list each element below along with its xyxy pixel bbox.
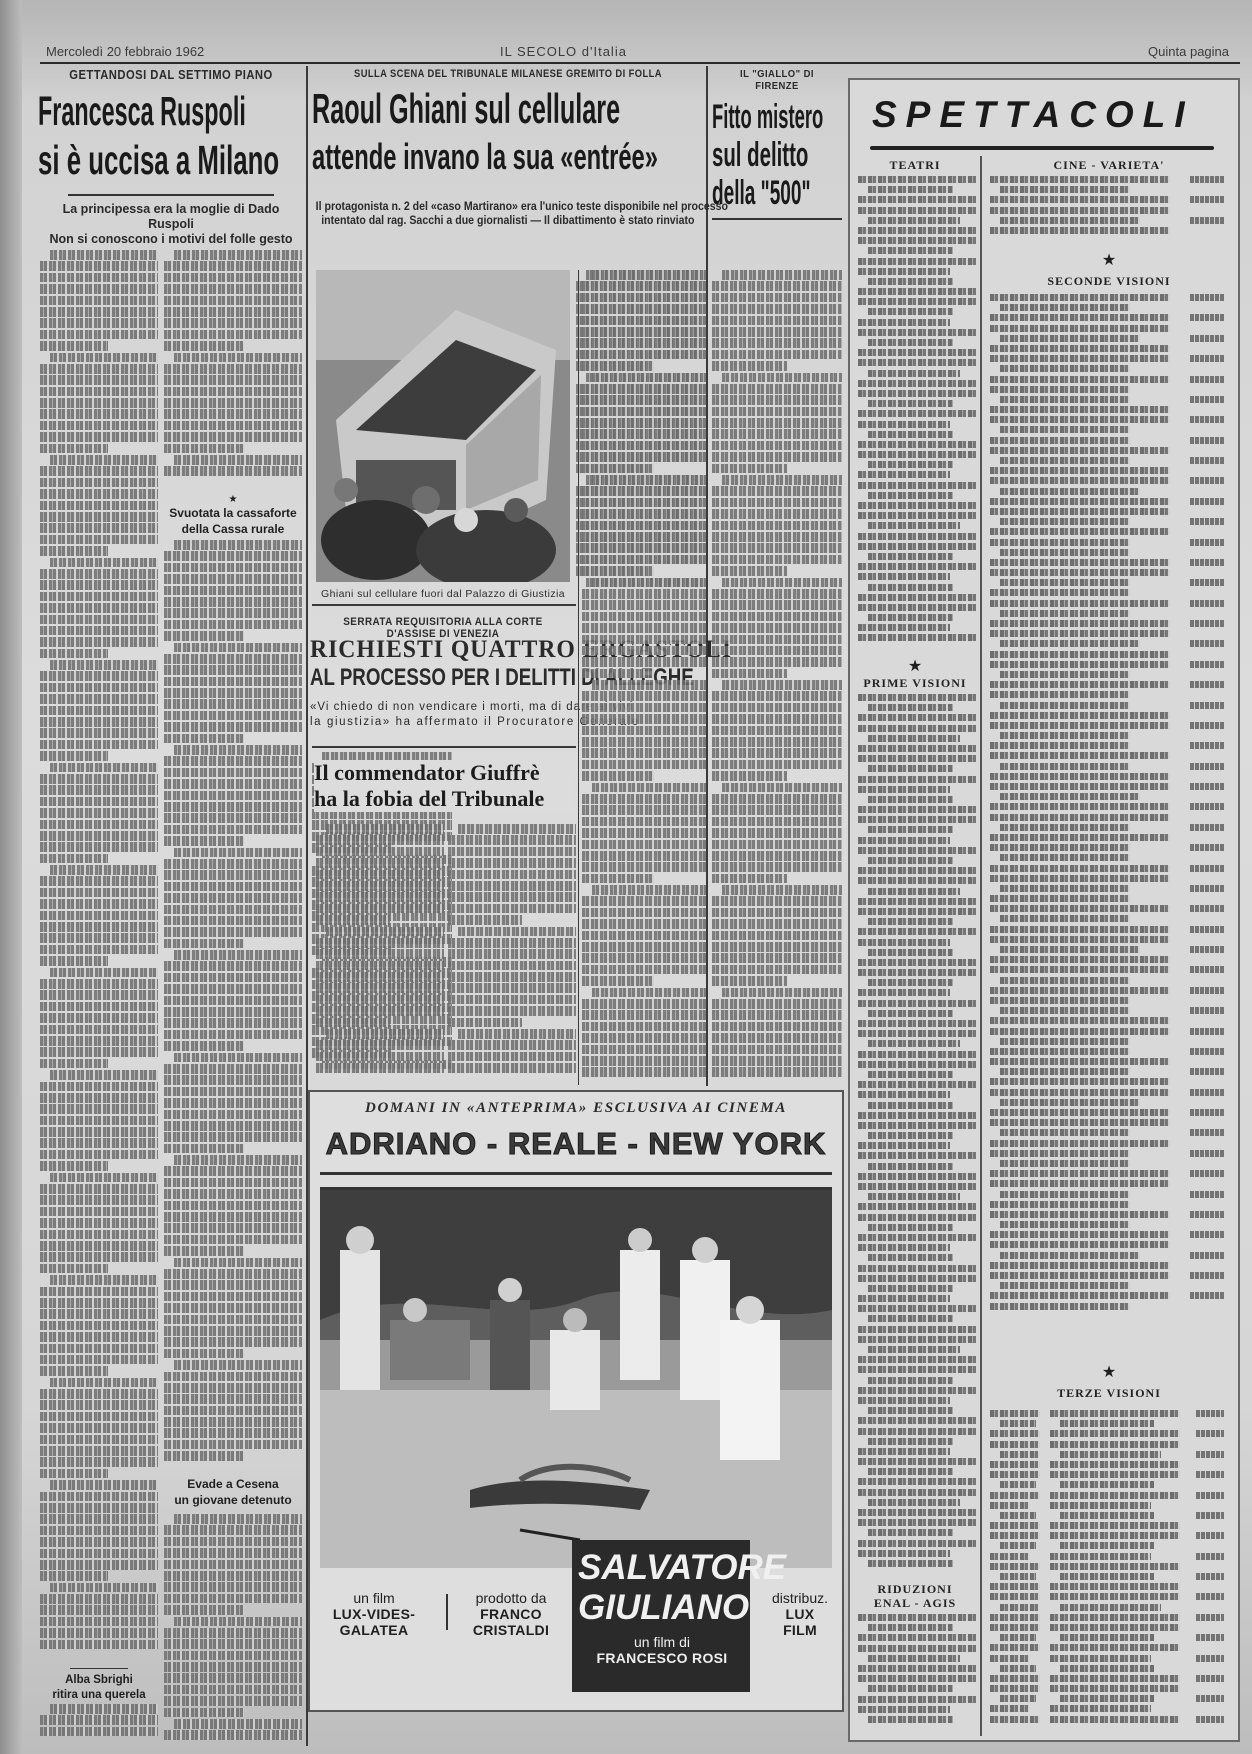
text-line xyxy=(164,1428,302,1438)
text-line xyxy=(582,418,706,428)
text-line xyxy=(164,631,244,641)
listing-line xyxy=(990,997,1130,1004)
text-line xyxy=(712,771,787,781)
listing-line xyxy=(858,806,976,813)
listing-line xyxy=(858,989,950,996)
listing-line xyxy=(858,1675,976,1682)
text-line xyxy=(458,927,576,937)
listing-line xyxy=(990,1048,1130,1055)
text-line xyxy=(164,1223,302,1233)
text-line xyxy=(164,563,302,573)
listing-line xyxy=(1060,1451,1161,1458)
text-line xyxy=(164,836,244,846)
article-kicker: IL "GIALLO" DI FIRENZE xyxy=(719,68,836,92)
text-line xyxy=(50,1070,158,1080)
listing-cine-varieta xyxy=(990,176,1170,240)
text-line xyxy=(50,660,158,670)
text-line xyxy=(174,250,302,260)
text-line xyxy=(40,1457,158,1467)
text-line xyxy=(326,927,444,937)
listing-line xyxy=(990,467,1170,474)
article-body-ruspoli xyxy=(40,250,158,1660)
listing-line xyxy=(990,1140,1170,1147)
text-line xyxy=(40,398,158,408)
article-cesena: Evade a Cesena un giovane detenuto xyxy=(164,1476,302,1508)
text-line xyxy=(582,498,706,508)
listing-line xyxy=(990,1180,1170,1187)
price-line xyxy=(1196,1716,1224,1723)
listing-line xyxy=(990,1150,1130,1157)
text-line xyxy=(164,1451,244,1461)
text-line xyxy=(164,1212,302,1222)
listing-line xyxy=(858,329,976,336)
ad-film-title-box: SALVATORE GIULIANO un film di FRANCESCO … xyxy=(572,1540,750,1692)
text-line xyxy=(40,1605,158,1615)
listing-line xyxy=(1050,1532,1180,1539)
text-line xyxy=(40,1195,158,1205)
text-line xyxy=(164,1098,302,1108)
listing-line xyxy=(868,247,953,254)
text-line xyxy=(164,1560,302,1570)
ad-credit: prodotto da FRANCO CRISTALDI xyxy=(448,1590,574,1638)
listing-line xyxy=(1050,1441,1180,1448)
listing-line xyxy=(858,573,950,580)
text-line xyxy=(40,1332,158,1342)
text-line xyxy=(326,1029,444,1039)
listing-line xyxy=(990,661,1170,668)
listing-line xyxy=(858,1265,976,1272)
listing-line xyxy=(868,370,960,377)
listing-line xyxy=(1000,335,1140,342)
text-line xyxy=(712,486,842,496)
masthead: Mercoledì 20 febbraio 1962 IL SECOLO d'I… xyxy=(40,40,1235,60)
article-cassaforte: ★ Svuotata la cassaforte della Cassa rur… xyxy=(164,494,302,537)
price-line xyxy=(1190,1048,1224,1055)
price-line xyxy=(1190,196,1224,203)
article-headline: Fitto mistero xyxy=(712,98,782,136)
listing-line xyxy=(858,1665,976,1672)
listing-line xyxy=(858,1183,976,1190)
section-prime-visioni: PRIME VISIONI xyxy=(850,676,980,691)
listing-line xyxy=(858,867,976,874)
listing-line xyxy=(858,634,976,641)
price-line xyxy=(1190,518,1224,525)
article-headline: sul delitto xyxy=(712,136,790,174)
star-icon: ★ xyxy=(984,1362,1234,1382)
text-line xyxy=(40,774,158,784)
price-line xyxy=(1190,579,1224,586)
credit-value: LUX FILM xyxy=(768,1606,832,1638)
text-line xyxy=(40,808,158,818)
listing-line xyxy=(858,1295,950,1302)
text-line xyxy=(582,384,706,394)
text-line xyxy=(712,942,842,952)
text-line xyxy=(40,1344,158,1354)
text-line xyxy=(164,1269,302,1279)
text-line xyxy=(712,623,842,633)
text-line xyxy=(40,1104,158,1114)
credit-label: prodotto da xyxy=(448,1590,574,1606)
listing-line xyxy=(990,386,1130,393)
text-line xyxy=(316,972,444,982)
text-line xyxy=(164,1594,302,1604)
text-line xyxy=(164,665,302,675)
listing-line xyxy=(990,630,1170,637)
article-deck: intentato dal rag. Sacchi a due giornali… xyxy=(312,214,673,228)
listing-line xyxy=(1050,1685,1180,1692)
text-line xyxy=(40,1047,158,1057)
listing-line xyxy=(858,1326,976,1333)
price-line xyxy=(1190,477,1224,484)
text-line xyxy=(40,1537,158,1547)
text-line xyxy=(40,1446,158,1456)
text-line xyxy=(316,847,444,857)
text-line xyxy=(712,509,842,519)
text-line xyxy=(316,983,444,993)
listing-line xyxy=(868,308,953,315)
text-line xyxy=(582,817,706,827)
text-line xyxy=(40,523,158,533)
text-line xyxy=(316,904,444,914)
article-headline: un giovane detenuto xyxy=(164,1492,302,1508)
text-line xyxy=(712,293,842,303)
listing-line xyxy=(1000,426,1130,433)
text-line xyxy=(582,1033,706,1043)
text-line xyxy=(50,865,158,875)
listing-line xyxy=(990,227,1170,234)
text-line xyxy=(458,1029,576,1039)
text-line xyxy=(712,669,787,679)
price-line xyxy=(1190,1028,1224,1035)
listing-line xyxy=(868,1102,953,1109)
text-line xyxy=(40,478,158,488)
listing-line xyxy=(990,294,1170,301)
article-headline: della "500" xyxy=(712,174,785,212)
listing-line xyxy=(868,1224,953,1231)
listing-line xyxy=(990,1461,1040,1468)
text-line xyxy=(40,546,108,556)
star-icon: ★ xyxy=(850,656,980,676)
article-deck: La principessa era la moglie di Dado Rus… xyxy=(38,202,304,232)
text-line xyxy=(164,791,302,801)
text-line xyxy=(40,1218,158,1228)
price-line xyxy=(1190,722,1224,729)
article-headline: attende invano la sua «entrée» xyxy=(312,134,571,180)
listing-line xyxy=(990,1492,1040,1499)
text-line xyxy=(582,509,706,519)
article-body-sbrighi xyxy=(40,1704,158,1740)
listing-line xyxy=(868,278,953,285)
text-line xyxy=(40,1025,158,1035)
text-line xyxy=(164,1007,302,1017)
alleghe-deck: «Vi chiedo di non vendicare i morti, ma … xyxy=(310,700,576,730)
text-line xyxy=(50,455,158,465)
listing-line xyxy=(1050,1583,1180,1590)
ad-credit: distribuz. LUX FILM xyxy=(768,1590,832,1638)
ad-film-title: SALVATORE GIULIANO xyxy=(578,1548,744,1628)
listing-line xyxy=(858,380,976,387)
ad-credit: un film LUX-VIDES-GALATEA xyxy=(310,1590,438,1638)
spettacoli-title: SPETTACOLI xyxy=(872,94,1194,136)
listing-line xyxy=(1000,457,1130,464)
text-line xyxy=(40,1036,158,1046)
text-line xyxy=(40,933,158,943)
text-line xyxy=(174,1258,302,1268)
listing-line xyxy=(1050,1553,1151,1560)
text-line xyxy=(164,939,244,949)
listing-line xyxy=(1000,915,1130,922)
newspaper-page: Mercoledì 20 febbraio 1962 IL SECOLO d'I… xyxy=(0,0,1252,1754)
ad-film-still xyxy=(320,1190,832,1568)
text-line xyxy=(582,407,706,417)
text-line xyxy=(164,1548,302,1558)
text-line xyxy=(164,1417,302,1427)
page-fold-shadow xyxy=(0,0,22,1754)
listing-line xyxy=(1000,304,1130,311)
text-line xyxy=(40,318,158,328)
text-line xyxy=(164,677,302,687)
text-line xyxy=(712,304,842,314)
text-line xyxy=(40,888,158,898)
text-line xyxy=(722,885,842,895)
text-line xyxy=(164,756,302,766)
listing-line xyxy=(858,319,950,326)
listing-line xyxy=(990,987,1170,994)
listing-line xyxy=(990,508,1170,515)
text-line xyxy=(40,1161,108,1171)
text-line xyxy=(40,580,158,590)
listing-line xyxy=(1000,640,1140,647)
text-line xyxy=(582,441,706,451)
listing-line xyxy=(868,1560,953,1567)
listing-line xyxy=(868,1685,953,1692)
listing-line xyxy=(868,1655,960,1662)
listing-line xyxy=(990,345,1170,352)
separator-rule xyxy=(70,1668,128,1669)
text-line xyxy=(712,361,787,371)
text-line xyxy=(582,521,706,531)
listing-line xyxy=(990,1553,1029,1560)
text-line xyxy=(40,1423,158,1433)
listing-line xyxy=(858,1509,976,1516)
text-line xyxy=(582,1056,706,1066)
listing-line xyxy=(1000,854,1130,861)
text-line xyxy=(50,763,158,773)
listing-line xyxy=(990,1705,1029,1712)
text-line xyxy=(712,714,842,724)
listing-line xyxy=(858,1550,950,1557)
listing-line xyxy=(1000,610,1130,617)
text-line xyxy=(164,421,302,431)
text-line xyxy=(40,911,158,921)
text-line xyxy=(582,532,706,542)
text-line xyxy=(582,635,706,645)
text-line xyxy=(164,296,302,306)
listing-line xyxy=(990,314,1170,321)
price-line xyxy=(1196,1634,1224,1641)
listing-line xyxy=(858,288,976,295)
listing-line xyxy=(990,325,1170,332)
price-line xyxy=(1190,1292,1224,1299)
text-line xyxy=(164,1018,302,1028)
listing-line xyxy=(1060,1573,1154,1580)
price-line xyxy=(1190,1170,1224,1177)
listing-line xyxy=(858,1614,976,1621)
text-line xyxy=(164,1292,302,1302)
listing-line xyxy=(868,1071,953,1078)
text-line xyxy=(164,870,302,880)
text-line xyxy=(712,521,842,531)
price-line xyxy=(1190,1129,1224,1136)
text-line xyxy=(50,558,158,568)
text-line xyxy=(164,574,302,584)
listing-line xyxy=(990,1644,1040,1651)
listing-terze-visioni-films xyxy=(1050,1410,1180,1730)
text-line xyxy=(712,805,842,815)
listing-seconde-visioni xyxy=(990,294,1170,1314)
text-line xyxy=(582,828,706,838)
text-line xyxy=(712,452,842,462)
price-line xyxy=(1190,742,1224,749)
text-line xyxy=(174,1360,302,1370)
text-line xyxy=(40,1389,158,1399)
text-line xyxy=(40,1617,158,1627)
price-line xyxy=(1190,844,1224,851)
price-line xyxy=(1190,600,1224,607)
article-headline: ha la fobia del Tribunale xyxy=(314,786,574,812)
text-line xyxy=(164,1383,302,1393)
listing-line xyxy=(858,1275,976,1282)
listing-line xyxy=(1060,1634,1154,1641)
text-line xyxy=(50,250,158,260)
text-line xyxy=(164,711,302,721)
text-line xyxy=(592,373,706,383)
text-line xyxy=(40,1321,158,1331)
text-line xyxy=(50,1583,158,1593)
listing-line xyxy=(858,1000,976,1007)
text-line xyxy=(40,854,108,864)
price-line xyxy=(1190,376,1224,383)
text-line xyxy=(712,316,842,326)
listing-line xyxy=(990,1430,1040,1437)
listing-line xyxy=(990,1624,1040,1631)
listing-line xyxy=(990,752,1170,759)
text-line xyxy=(164,1582,302,1592)
text-line xyxy=(164,779,302,789)
text-line xyxy=(40,1230,158,1240)
text-line xyxy=(164,961,302,971)
text-line xyxy=(164,261,302,271)
listing-line xyxy=(868,857,953,864)
listing-line xyxy=(990,376,1170,383)
text-line xyxy=(40,501,158,511)
listing-line xyxy=(1000,579,1130,586)
section-cine-varieta: CINE - VARIETA' xyxy=(984,158,1234,173)
article-headline: si è uccisa a Milano xyxy=(38,136,206,184)
headline-rule xyxy=(712,218,842,220)
listing-line xyxy=(858,776,976,783)
listing-line xyxy=(990,1716,1040,1723)
text-line xyxy=(164,813,302,823)
listing-line xyxy=(868,492,953,499)
text-line xyxy=(712,418,842,428)
prices-terze-visioni xyxy=(1196,1410,1224,1730)
listing-line xyxy=(858,421,950,428)
text-line xyxy=(164,916,302,926)
listing-line xyxy=(858,1489,976,1496)
price-line xyxy=(1190,702,1224,709)
price-line xyxy=(1190,1007,1224,1014)
text-line xyxy=(712,953,842,963)
listing-line xyxy=(990,1028,1170,1035)
text-line xyxy=(712,862,842,872)
listing-line xyxy=(1000,1634,1036,1641)
listing-line xyxy=(990,1593,1040,1600)
price-line xyxy=(1196,1675,1224,1682)
text-line xyxy=(316,1006,444,1016)
text-line xyxy=(448,870,576,880)
price-line xyxy=(1190,539,1224,546)
text-line xyxy=(448,972,576,982)
text-line xyxy=(40,1252,158,1262)
text-line xyxy=(40,922,158,932)
text-line xyxy=(712,737,842,747)
listing-line xyxy=(858,755,976,762)
listing-line xyxy=(1000,1542,1036,1549)
listing-line xyxy=(868,1010,953,1017)
text-line xyxy=(164,1628,302,1638)
text-line xyxy=(712,896,842,906)
listing-line xyxy=(1050,1430,1180,1437)
listing-line xyxy=(868,186,953,193)
listing-line xyxy=(990,651,1170,658)
listing-line xyxy=(858,451,976,458)
price-line xyxy=(1190,926,1224,933)
text-line xyxy=(582,600,706,610)
text-line xyxy=(40,1059,108,1069)
listing-line xyxy=(858,939,950,946)
listing-line xyxy=(990,1211,1170,1218)
listing-line xyxy=(1050,1593,1180,1600)
listing-line xyxy=(990,1170,1170,1177)
text-line xyxy=(164,1178,302,1188)
article-giuffre: Il commendator Giuffrè ha la fobia del T… xyxy=(314,760,574,812)
listing-line xyxy=(1000,702,1130,709)
text-line xyxy=(722,373,842,383)
listing-line xyxy=(990,1583,1040,1590)
section-teatri: TEATRI xyxy=(850,158,980,173)
text-line xyxy=(582,612,706,622)
listing-line xyxy=(990,773,1170,780)
listing-line xyxy=(990,865,1170,872)
listing-line xyxy=(858,1336,976,1343)
listing-line xyxy=(858,441,976,448)
listing-line xyxy=(858,533,976,540)
listing-line xyxy=(858,1645,976,1652)
column-divider xyxy=(578,270,579,1085)
listing-line xyxy=(990,875,1170,882)
text-line xyxy=(40,1715,158,1725)
text-line xyxy=(582,862,706,872)
listing-line xyxy=(1000,1420,1036,1427)
text-line xyxy=(40,512,158,522)
text-line xyxy=(712,1045,842,1055)
text-line xyxy=(164,1110,302,1120)
text-line xyxy=(40,956,108,966)
text-line xyxy=(712,1056,842,1066)
text-line xyxy=(164,1730,302,1740)
text-line xyxy=(164,973,302,983)
